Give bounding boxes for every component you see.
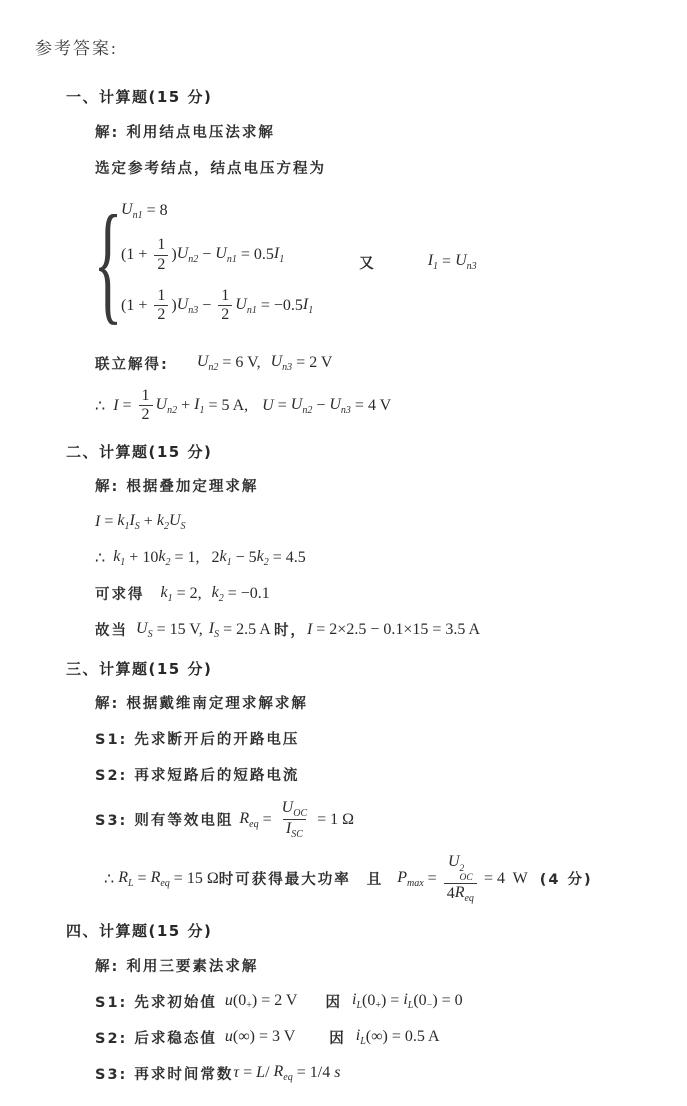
math-var-base: U (271, 353, 283, 370)
section: 二、计算题(15 分)解: 根据叠加定理求解I = k1IS + k2US∴ k… (0, 441, 687, 642)
math-roman: = −0.1 (224, 585, 270, 603)
math-var: k2 (212, 584, 224, 604)
content-line: 解: 利用三要素法求解 (95, 953, 687, 977)
section: 一、计算题(15 分)解: 利用结点电压法求解选定参考结点，结点电压方程为{Un… (0, 86, 687, 425)
math-var: Req (151, 869, 170, 889)
fraction-numerator: 1 (139, 387, 153, 405)
math-fraction: U2OC4Req (444, 853, 477, 905)
spacer (145, 593, 161, 594)
math-roman: 1 (157, 236, 165, 254)
fraction-denominator: 4Req (444, 883, 477, 905)
math-var-base: U (235, 296, 247, 313)
math-roman: (1 + (121, 297, 151, 315)
text-segment: S2: 后求稳态值 (95, 1027, 217, 1048)
math-var-base: L (256, 1064, 265, 1081)
math-var: ISC (286, 820, 303, 841)
math-var: k1 (113, 548, 125, 568)
subscript: max (407, 878, 424, 889)
math-roman: = 15 V, (153, 621, 203, 639)
math-var: RL (118, 869, 133, 889)
subscript: n3 (188, 305, 198, 316)
math-var: I1 (428, 252, 438, 272)
math-roman: = 2×2.5 − 0.1×15 = 3.5 A (312, 621, 480, 639)
math-roman: 2 (157, 256, 165, 274)
math-var: US (169, 512, 186, 532)
math-var-base: k (257, 548, 264, 565)
math-roman: = 4 W (480, 870, 528, 888)
math-roman: − 5 (232, 549, 257, 567)
math-var: u (225, 1028, 233, 1046)
math-var-base: U (282, 799, 294, 816)
math-var: U2OC (448, 853, 473, 883)
math-var: UOC (282, 799, 307, 820)
subscript: n2 (167, 405, 177, 416)
math-roman: − (198, 246, 215, 264)
text-segment: 解: 利用三要素法求解 (95, 955, 258, 976)
math-roman: = (239, 1064, 256, 1082)
math-roman: ∴ (104, 869, 118, 889)
math-var-base: P (397, 869, 407, 886)
fraction-numerator: 1 (154, 236, 168, 254)
text-segment: 可求得 (95, 583, 145, 604)
subscript: SC (291, 829, 303, 840)
math-roman: = 15 Ω (170, 870, 219, 888)
math-var: Req (274, 1063, 293, 1083)
text-segment: S3: 再求时间常数 (95, 1063, 233, 1084)
text-segment: 时可获得最大功率 (219, 868, 351, 889)
math-var: Un1 (235, 296, 257, 316)
math-roman: 2 (211, 549, 219, 567)
math-var-base: s (334, 1064, 340, 1081)
math-roman: = 2 V (292, 354, 332, 372)
math-var-base: U (121, 201, 133, 218)
system-equation-row: Un1 = 8 (121, 199, 313, 223)
sup-sub-stack: 2OC (460, 865, 473, 883)
math-var: Un2 (291, 396, 313, 416)
fraction-numerator: UOC (279, 799, 310, 820)
math-roman: (∞) = 0.5 A (366, 1028, 440, 1046)
math-roman: 2 (157, 306, 165, 324)
math-var-base: k (157, 512, 164, 529)
math-var: I1 (303, 296, 313, 316)
math-roman: = 4 V (351, 397, 391, 415)
math-var-base: R (118, 869, 128, 886)
text-segment: 故当 (95, 619, 128, 640)
math-var-base: k (212, 584, 219, 601)
subscript: OC (460, 874, 473, 883)
text-segment: S1: 先求断开后的开路电压 (95, 728, 299, 749)
subscript: eq (283, 1072, 292, 1083)
math-var: k2 (157, 512, 169, 532)
spacer (169, 363, 197, 364)
text-segment: 因 (325, 991, 342, 1012)
subscript: n3 (282, 362, 292, 373)
content-line: S3: 再求时间常数τ = L/ Req = 1/4 s (95, 1061, 687, 1085)
content-line: 解: 根据戴维南定理求解求解 (95, 691, 687, 715)
subscript: n2 (208, 362, 218, 373)
math-roman: ) = 2 V (252, 992, 298, 1010)
spacer (199, 557, 211, 558)
subscript: n2 (188, 254, 198, 265)
math-var: I1 (274, 245, 284, 265)
fraction-numerator: U2OC (445, 853, 476, 883)
math-roman: 1 (157, 287, 165, 305)
spacer (248, 405, 262, 406)
math-roman: + 10 (125, 549, 158, 567)
math-var-base: U (136, 620, 148, 637)
math-fraction: 12 (154, 287, 168, 325)
spacer (295, 1037, 329, 1038)
math-roman: = 6 V, (218, 354, 260, 372)
content-line: S1: 先求断开后的开路电压 (95, 727, 687, 751)
content-line: 故当US = 15 V,IS = 2.5 A 时，I = 2×2.5 − 0.1… (95, 618, 687, 642)
math-roman: = 5 A, (204, 397, 248, 415)
spacer (351, 878, 367, 879)
content-line: S3: 则有等效电阻Req = UOCISC = 1 Ω (95, 799, 687, 841)
fraction-denominator: ISC (283, 819, 306, 841)
math-var: s (334, 1064, 340, 1082)
math-var-base: U (448, 853, 460, 870)
subscript: n1 (247, 305, 257, 316)
math-fraction: UOCISC (279, 799, 310, 841)
math-var-base: R (274, 1063, 284, 1080)
math-var: IS (129, 512, 139, 532)
section-heading: 二、计算题(15 分) (66, 441, 687, 462)
math-roman: (0 (413, 992, 426, 1010)
math-roman: = (134, 870, 151, 888)
math-var: k1 (219, 548, 231, 568)
math-var: Pmax (397, 869, 423, 889)
fraction-denominator: 2 (139, 405, 153, 424)
spacer (383, 878, 397, 879)
math-var-base: U (262, 397, 274, 414)
math-roman: = −0.5 (257, 297, 303, 315)
math-var: Req (455, 884, 474, 905)
spacer (376, 262, 428, 263)
subscript: 1 (308, 305, 313, 316)
math-roman: ) = (381, 992, 403, 1010)
math-roman: = (274, 397, 291, 415)
math-var: U (262, 397, 274, 415)
spacer (261, 363, 271, 364)
sections-container: 一、计算题(15 分)解: 利用结点电压法求解选定参考结点，结点电压方程为{Un… (0, 86, 687, 1085)
math-var: Un3 (329, 396, 351, 416)
math-roman: ) = 0 (432, 992, 462, 1010)
math-roman: + (177, 397, 194, 415)
fraction-denominator: 2 (154, 305, 168, 324)
text-segment: 解: 根据戴维南定理求解求解 (95, 692, 308, 713)
math-roman: (0 (362, 992, 375, 1010)
math-var-base: U (197, 353, 209, 370)
math-var: iL (352, 991, 362, 1011)
section: 三、计算题(15 分)解: 根据戴维南定理求解求解S1: 先求断开后的开路电压S… (0, 658, 687, 905)
math-roman: = 8 (143, 202, 168, 220)
document-page: 参考答案: 一、计算题(15 分)解: 利用结点电压法求解选定参考结点，结点电压… (0, 0, 687, 1106)
math-roman: = 2, (173, 585, 202, 603)
math-roman: 1 (142, 387, 150, 405)
spacer (342, 1001, 352, 1002)
math-roman: = 0.5 (237, 246, 274, 264)
content-line: 联立解得:Un2 = 6 V,Un3 = 2 V (95, 351, 687, 375)
math-roman: (0 (233, 992, 246, 1010)
math-var-base: U (177, 296, 189, 313)
math-roman: = 4.5 (269, 549, 306, 567)
math-var-base: U (169, 512, 181, 529)
subscript: − (427, 1000, 433, 1011)
section-heading: 一、计算题(15 分) (66, 86, 687, 107)
math-var: Un3 (177, 296, 199, 316)
math-roman: 1 (221, 287, 229, 305)
math-var: k1 (161, 584, 173, 604)
section-heading: 四、计算题(15 分) (66, 920, 687, 941)
system-equation-row: (1 + 12)Un3 − 12Un1 = −0.5I1 (121, 287, 313, 325)
math-roman: + (140, 513, 157, 531)
doc-title: 参考答案: (35, 34, 687, 59)
math-var-base: U (156, 396, 168, 413)
spacer (202, 593, 212, 594)
math-var: Un1 (215, 245, 237, 265)
subscript: eq (249, 819, 258, 830)
math-var: Un1 (121, 201, 143, 221)
spacer (346, 1037, 356, 1038)
math-var: US (136, 620, 153, 640)
text-segment: (4 分) (540, 868, 593, 889)
math-var: Un2 (156, 396, 178, 416)
text-segment: S2: 再求短路后的短路电流 (95, 764, 299, 785)
text-segment: 且 (367, 868, 384, 889)
subscript: eq (160, 878, 169, 889)
system-equation-row: (1 + 12)Un2 − Un1 = 0.5I1 (121, 236, 313, 274)
spacer (217, 1037, 225, 1038)
math-roman: = 1 Ω (313, 811, 354, 829)
math-fraction: 12 (218, 287, 232, 325)
content-line: ∴ I = 12Un2 + I1 = 5 A,U = Un2 − Un3 = 4… (95, 387, 687, 425)
equation-system: {Un1 = 8(1 + 12)Un2 − Un1 = 0.5I1(1 + 12… (95, 185, 687, 339)
spacer (297, 1001, 325, 1002)
math-roman: (∞) = 3 V (233, 1028, 295, 1046)
math-var: k2 (257, 548, 269, 568)
math-var-base: U (455, 252, 467, 269)
content-line: 可求得k1 = 2,k2 = −0.1 (95, 582, 687, 606)
content-line: S2: 再求短路后的短路电流 (95, 763, 687, 787)
subscript: OC (293, 808, 307, 819)
math-var: Un2 (177, 245, 199, 265)
content-line: S2: 后求稳态值u(∞) = 3 V因iL(∞) = 0.5 A (95, 1025, 687, 1049)
system-rows: Un1 = 8(1 + 12)Un2 − Un1 = 0.5I1(1 + 12)… (121, 199, 313, 325)
math-var-base: R (239, 810, 249, 827)
content-line: 解: 利用结点电压法求解 (95, 119, 687, 143)
math-roman: − (312, 397, 329, 415)
math-var: u (225, 992, 233, 1010)
math-var: I1 (194, 396, 204, 416)
fraction-numerator: 1 (154, 287, 168, 305)
text-segment: 解: 根据叠加定理求解 (95, 475, 258, 496)
content-line: I = k1IS + k2US (95, 510, 687, 534)
left-brace: { (102, 185, 114, 339)
math-roman: = (100, 513, 117, 531)
math-var: Req (239, 810, 258, 830)
math-roman: = (438, 253, 455, 271)
spacer (128, 629, 136, 630)
fraction-denominator: 2 (218, 305, 232, 324)
text-segment: 因 (329, 1027, 346, 1048)
math-roman: = (424, 870, 441, 888)
content-line: ∴ RL = Req = 15 Ω时可获得最大功率且Pmax = U2OC4Re… (104, 853, 687, 905)
math-roman: (1 + (121, 246, 151, 264)
math-roman: = 1/4 (293, 1064, 334, 1082)
text-segment: 时， (274, 619, 307, 640)
math-var-base: R (151, 869, 161, 886)
math-var-base: u (225, 1028, 233, 1045)
subscript: n3 (467, 261, 477, 272)
math-var: L (256, 1064, 265, 1082)
subscript: + (375, 1000, 381, 1011)
subscript: n3 (341, 405, 351, 416)
subscript: 1 (279, 254, 284, 265)
fraction-numerator: 1 (218, 287, 232, 305)
system-side-note: 又I1 = Un3 (359, 252, 476, 273)
subscript: eq (464, 893, 473, 904)
math-var: k2 (158, 548, 170, 568)
math-var: iL (403, 991, 413, 1011)
content-line: 解: 根据叠加定理求解 (95, 474, 687, 498)
math-roman: ∴ (95, 548, 113, 568)
subscript: + (246, 1000, 252, 1011)
math-roman: = (119, 397, 136, 415)
math-fraction: 12 (139, 387, 153, 425)
math-var-base: U (177, 245, 189, 262)
math-roman: = (259, 811, 276, 829)
text-segment: 选定参考结点，结点电压方程为 (95, 157, 326, 178)
math-var-base: U (291, 396, 303, 413)
text-segment: 解: 利用结点电压法求解 (95, 121, 275, 142)
section: 四、计算题(15 分)解: 利用三要素法求解S1: 先求初始值u(0+) = 2… (0, 920, 687, 1085)
content-line: S1: 先求初始值u(0+) = 2 V因iL(0+) = iL(0−) = 0 (95, 989, 687, 1013)
math-roman: ∴ (95, 396, 113, 416)
spacer (528, 878, 540, 879)
math-roman: − (198, 297, 215, 315)
content-line: ∴ k1 + 10k2 = 1,2k1 − 5k2 = 4.5 (95, 546, 687, 570)
subscript: S (181, 521, 186, 532)
text-segment: 又 (359, 252, 376, 273)
math-var-base: U (329, 396, 341, 413)
content-line: 选定参考结点，结点电压方程为 (95, 155, 687, 179)
math-fraction: 12 (154, 236, 168, 274)
math-var: iL (356, 1027, 366, 1047)
spacer (217, 1001, 225, 1002)
text-segment: 联立解得: (95, 353, 169, 374)
math-roman: 4 (447, 885, 455, 903)
math-var: Un3 (455, 252, 477, 272)
math-roman: = 2.5 A (219, 621, 274, 639)
fraction-denominator: 2 (154, 255, 168, 274)
math-roman: / (265, 1064, 273, 1082)
math-var-base: U (215, 245, 227, 262)
math-roman: 2 (142, 406, 150, 424)
math-var-base: k (161, 584, 168, 601)
math-var-base: u (225, 992, 233, 1009)
math-var: Un3 (271, 353, 293, 373)
math-var-base: k (219, 548, 226, 565)
section-heading: 三、计算题(15 分) (66, 658, 687, 679)
math-roman: = 1, (170, 549, 199, 567)
subscript: n2 (302, 405, 312, 416)
subscript: n1 (133, 210, 143, 221)
math-var: Un2 (197, 353, 219, 373)
subscript: n1 (227, 254, 237, 265)
text-segment: S1: 先求初始值 (95, 991, 217, 1012)
math-var: IS (209, 620, 219, 640)
text-segment: S3: 则有等效电阻 (95, 809, 233, 830)
math-var: k1 (117, 512, 129, 532)
math-roman: 2 (221, 306, 229, 324)
